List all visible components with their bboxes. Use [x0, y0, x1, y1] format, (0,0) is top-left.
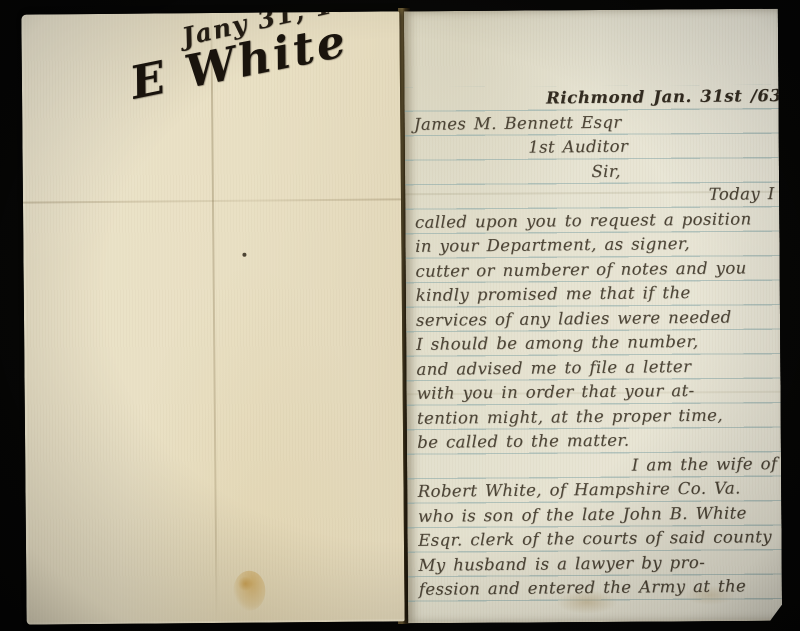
letter-body-line: tention might, at the proper time, [417, 403, 777, 431]
paper-texture [21, 11, 404, 624]
letter-body-line: My husband is a lawyer by pro- [418, 550, 778, 578]
letter-salutation: Sir, [414, 158, 774, 186]
letter-body-line: kindly promised me that if the [416, 280, 776, 308]
letter-back-page: Jany 31, 1863. E White [21, 11, 404, 624]
letter-body-line: with you in order that your at- [417, 378, 777, 406]
vertical-fold-crease [210, 13, 217, 623]
letter-recipient: James M. Bennett Esqr [414, 109, 774, 137]
letter-body-line: called upon you to request a position [415, 207, 775, 235]
letter-place-dateline: Richmond Jan. 31st /63 [414, 84, 782, 112]
letter-body-line: cutter or numberer of notes and you [415, 256, 775, 284]
paper-speck [242, 253, 246, 257]
scanned-letter-photo: Jany 31, 1863. E White Richmond Jan. 31s… [0, 0, 800, 631]
letter-recipient-title: 1st Auditor [414, 133, 774, 161]
letter-body-line: I am the wife of [417, 452, 777, 480]
paper-stain [233, 571, 265, 611]
letter-body-line: Robert White, of Hampshire Co. Va. [418, 476, 778, 504]
letter-body-line: be called to the matter. [417, 427, 777, 455]
letter-body-line: in your Department, as signer, [415, 231, 775, 259]
letter-body-line: who is son of the late John B. White [418, 501, 778, 529]
letter-front-page: Richmond Jan. 31st /63 James M. Bennett … [404, 9, 782, 624]
letter-body-line: Esqr. clerk of the courts of said county [418, 525, 778, 553]
letter-body-line: services of any ladies were needed [416, 305, 776, 333]
paper-stain-core [237, 577, 253, 591]
letter-body-line: I should be among the number, [416, 329, 776, 357]
letter-body-line: fession and entered the Army at the [419, 574, 779, 602]
letter-body-line: and advised me to file a letter [416, 354, 776, 382]
letter-body-line: Today I [415, 182, 775, 210]
horizontal-fold-crease [23, 198, 401, 203]
letter-text: Richmond Jan. 31st /63 James M. Bennett … [414, 84, 779, 602]
